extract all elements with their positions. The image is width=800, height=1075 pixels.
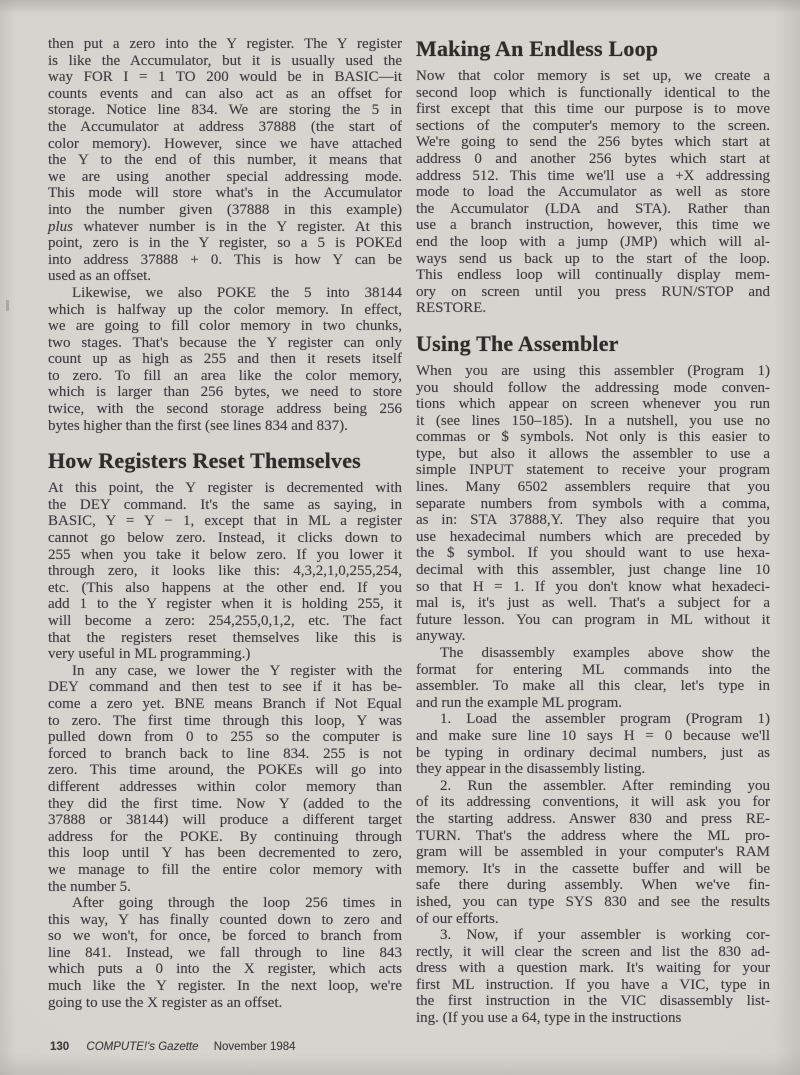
text-line: they did the first time. Now Y (added to… (48, 796, 402, 813)
text-line: through zero, it looks like this: 4,3,2,… (48, 563, 402, 580)
text-line: mal is, it's just as well. That's a subj… (416, 595, 770, 612)
text-line: we are using another special addressing … (48, 169, 402, 186)
text-line: the DEY command. It's the same as saying… (48, 497, 402, 514)
text-line: two stages. That's because the Y registe… (48, 335, 402, 352)
left-column: then put a zero into the Y register. The… (48, 36, 402, 1011)
text-line: address 0 and another 256 bytes which st… (416, 151, 770, 168)
paragraph: When you are using this assembler (Progr… (416, 363, 770, 645)
text-line: tions which appear on screen whenever yo… (416, 396, 770, 413)
text-line: simple INPUT statement to receive your p… (416, 462, 770, 479)
text-line: address 512. This time we'll use a +X ad… (416, 168, 770, 185)
text-line: format for entering ML commands into the (416, 662, 770, 679)
page-footer: 130 COMPUTE!'s Gazette November 1984 (50, 1041, 296, 1053)
text-line: DEY command and then test to see if it h… (48, 679, 402, 696)
text-line: add 1 to the Y register when it is holdi… (48, 596, 402, 613)
paragraph: 3. Now, if your assembler is working cor… (416, 927, 770, 1027)
text-line: type, but also it allows the assembler t… (416, 446, 770, 463)
text-line: At this point, the Y register is decreme… (48, 480, 402, 497)
text-line: twice, with the second storage address b… (48, 401, 402, 418)
text-line: ished, you can type SYS 830 and see the … (416, 894, 770, 911)
text-line: first ML instruction. If you have a VIC,… (416, 977, 770, 994)
text-line: first except that this time our purpose … (416, 101, 770, 118)
text-line: zero. This time around, the POKEs will g… (48, 762, 402, 779)
text-line: We're going to send the 256 bytes which … (416, 134, 770, 151)
paragraph: Now that color memory is set up, we crea… (416, 68, 770, 317)
paragraph: 1. Load the assembler program (Program 1… (416, 711, 770, 777)
text-line: to zero. To fill an area like the color … (48, 368, 402, 385)
text-line: decimal with this assembler, just change… (416, 562, 770, 579)
text-line: the first instruction in the VIC disasse… (416, 993, 770, 1010)
text-line: which puts a 0 into the X register, whic… (48, 961, 402, 978)
text-line: 2. Run the assembler. After reminding yo… (416, 778, 770, 795)
text-line: anyway. (416, 628, 770, 645)
text-line: they appear in the disassembly listing. (416, 761, 770, 778)
text-line: RESTORE. (416, 300, 770, 317)
text-line: way FOR I = 1 TO 200 would be in BASIC—i… (48, 69, 402, 86)
text-line: which is larger than 256 bytes, we need … (48, 384, 402, 401)
text-line: this way, Y has finally counted down to … (48, 912, 402, 929)
text-line: ing. (If you use a 64, type in the instr… (416, 1010, 770, 1027)
text-line: future lesson. You can program in ML wit… (416, 612, 770, 629)
text-line: use hexadecimal numbers which are preced… (416, 529, 770, 546)
text-line: color memory). However, since we have at… (48, 136, 402, 153)
text-line: that the registers reset themselves like… (48, 630, 402, 647)
text-line: as in: STA 37888,Y. They also require th… (416, 512, 770, 529)
text-line: the starting address. Answer 830 and pre… (416, 811, 770, 828)
paragraph: At this point, the Y register is decreme… (48, 480, 402, 663)
text-line: 255 when you take it below zero. If you … (48, 547, 402, 564)
text-line: ory on screen until you press RUN/STOP a… (416, 284, 770, 301)
text-line: the Accumulator (LDA and STA). Rather th… (416, 201, 770, 218)
text-line: come a zero yet. BNE means Branch if Not… (48, 696, 402, 713)
text-line: different addresses within color memory … (48, 779, 402, 796)
text-line: This mode will store what's in the Accum… (48, 185, 402, 202)
text-line: point, zero is in the Y register, so a 5… (48, 235, 402, 252)
right-column: Making An Endless LoopNow that color mem… (416, 36, 770, 1027)
text-line: you should follow the addressing mode co… (416, 380, 770, 397)
paragraph: The disassembly examples above show thef… (416, 645, 770, 711)
text-line: then put a zero into the Y register. The… (48, 36, 402, 53)
text-line: much like the Y register. In the next lo… (48, 978, 402, 995)
text-line: 37888 or 38144) will produce a different… (48, 812, 402, 829)
text-line: going to use the X register as an offset… (48, 995, 402, 1012)
text-line: pulled down from 0 to 255 so the compute… (48, 729, 402, 746)
text-line: bytes higher than the first (see lines 8… (48, 418, 402, 435)
text-line: of its addressing conventions, it will a… (416, 794, 770, 811)
text-line: TURN. That's the address where the ML pr… (416, 828, 770, 845)
text-line: count up as high as 255 and then it rese… (48, 351, 402, 368)
text-line: to zero. The first time through this loo… (48, 713, 402, 730)
text-line: When you are using this assembler (Progr… (416, 363, 770, 380)
text-line: This endless loop will continually displ… (416, 267, 770, 284)
text-line: gram will be assembled in your computer'… (416, 844, 770, 861)
text-line: the Accumulator at address 37888 (the st… (48, 119, 402, 136)
scan-artifact (6, 300, 9, 311)
text-line: BASIC, Y = Y − 1, except that in ML a re… (48, 513, 402, 530)
text-line: be typing in ordinary decimal numbers, j… (416, 745, 770, 762)
text-line: into address 37888 + 0. This is how Y ca… (48, 252, 402, 269)
text-line: will become a zero: 254,255,0,1,2, etc. … (48, 613, 402, 630)
footer-magazine-title: COMPUTE!'s Gazette (86, 1041, 198, 1053)
magazine-page: then put a zero into the Y register. The… (0, 0, 800, 1075)
text-line: so that H = 1. If you don't know what he… (416, 579, 770, 596)
text-line: assembler. To make all this clear, let's… (416, 678, 770, 695)
text-line: the $ symbol. If you should want to use … (416, 545, 770, 562)
text-line: etc. (This also happens at the other end… (48, 580, 402, 597)
text-line: use a branch instruction, however, this … (416, 217, 770, 234)
text-line: cannot go below zero. Instead, it clicks… (48, 530, 402, 547)
text-line: After going through the loop 256 times i… (48, 895, 402, 912)
text-line: counts events and can also act as an off… (48, 86, 402, 103)
text-line: and make sure line 10 says H = 0 because… (416, 728, 770, 745)
text-line: of our efforts. (416, 911, 770, 928)
paragraph: After going through the loop 256 times i… (48, 895, 402, 1011)
text-line: lines. Many 6502 assemblers require that… (416, 479, 770, 496)
footer-issue-date: November 1984 (214, 1041, 296, 1053)
text-line: line 841. Instead, we fall through to li… (48, 945, 402, 962)
text-line: used as an offset. (48, 268, 402, 285)
text-line: plus whatever number is in the Y registe… (48, 219, 402, 236)
text-line: very useful in ML programming.) (48, 646, 402, 663)
paragraph: 2. Run the assembler. After reminding yo… (416, 778, 770, 927)
text-line: safe there during assembly. When we've f… (416, 877, 770, 894)
text-line: ways send us back up to the start of the… (416, 251, 770, 268)
text-line: end the loop with a jump (JMP) which wil… (416, 234, 770, 251)
text-line: separate numbers from symbols with a com… (416, 496, 770, 513)
text-line: we are going to fill color memory in two… (48, 318, 402, 335)
text-line: and run the example ML program. (416, 695, 770, 712)
paragraph: In any case, we lower the Y register wit… (48, 663, 402, 895)
section-heading: Using The Assembler (416, 331, 770, 356)
text-line: this loop until Y has been decremented t… (48, 845, 402, 862)
paragraph: then put a zero into the Y register. The… (48, 36, 402, 285)
text-line: second loop which is functionally identi… (416, 85, 770, 102)
text-line: The disassembly examples above show the (416, 645, 770, 662)
text-line: mode to load the Accumulator as well as … (416, 184, 770, 201)
text-line: 1. Load the assembler program (Program 1… (416, 711, 770, 728)
text-line: the number 5. (48, 879, 402, 896)
text-line: memory. It's in the cassette buffer and … (416, 861, 770, 878)
text-line: Likewise, we also POKE the 5 into 38144 (48, 285, 402, 302)
text-line: forced to branch back to line 834. 255 i… (48, 746, 402, 763)
text-line: rectly, it will clear the screen and lis… (416, 944, 770, 961)
text-line: is like the Accumulator, but it is usual… (48, 53, 402, 70)
text-line: address for the POKE. By continuing thro… (48, 829, 402, 846)
text-line: In any case, we lower the Y register wit… (48, 663, 402, 680)
text-line: sections of the computer's memory to the… (416, 118, 770, 135)
text-line: the Y to the end of this number, it mean… (48, 152, 402, 169)
text-line: 3. Now, if your assembler is working cor… (416, 927, 770, 944)
section-heading: Making An Endless Loop (416, 36, 770, 61)
text-line: it (see lines 150–185). In a nutshell, y… (416, 413, 770, 430)
text-line: which is halfway up the color memory. In… (48, 302, 402, 319)
text-line: storage. Notice line 834. We are storing… (48, 102, 402, 119)
text-line: Now that color memory is set up, we crea… (416, 68, 770, 85)
text-line: so we won't, for once, be forced to bran… (48, 928, 402, 945)
text-line: into the number given (37888 in this exa… (48, 202, 402, 219)
paragraph: Likewise, we also POKE the 5 into 38144w… (48, 285, 402, 434)
text-line: commas or $ symbols. Not only is this ea… (416, 429, 770, 446)
text-line: dress with a question mark. It's waiting… (416, 960, 770, 977)
section-heading: How Registers Reset Themselves (48, 448, 402, 473)
footer-page-number: 130 (50, 1041, 69, 1053)
text-line: we manage to fill the entire color memor… (48, 862, 402, 879)
